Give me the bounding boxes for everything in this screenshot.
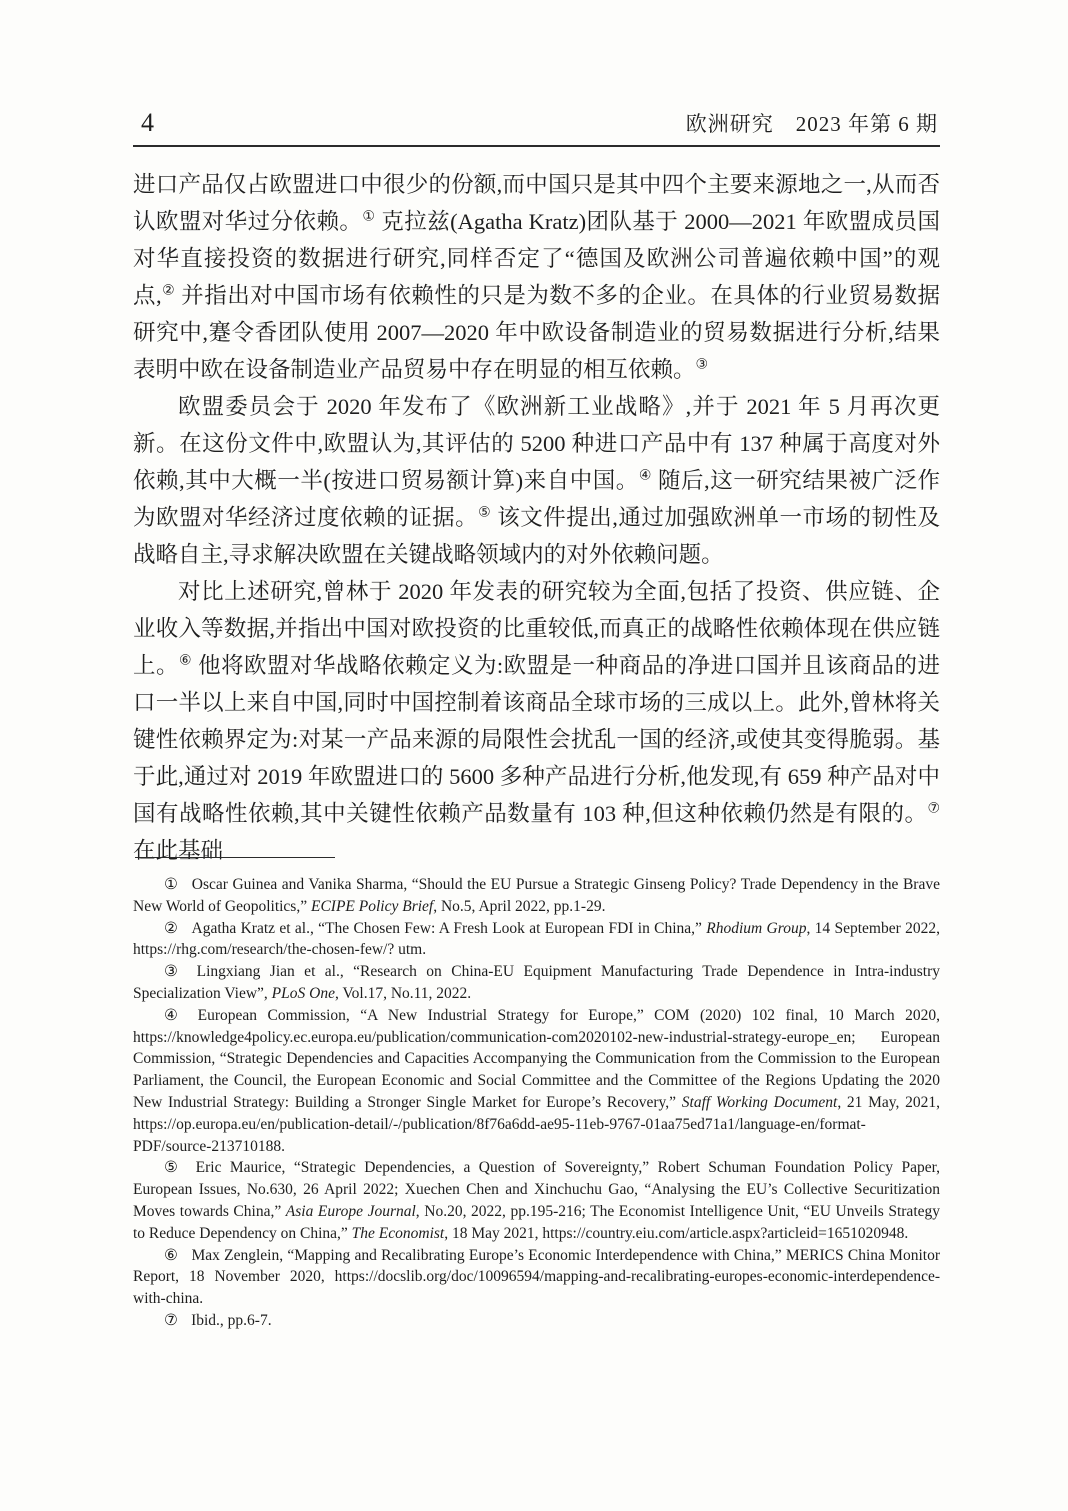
footnote-text: Lingxiang Jian et al., “Research on Chin… — [133, 963, 940, 1002]
footnote-marker: ① — [164, 876, 179, 893]
page-header: 4 欧洲研究 2023 年第 6 期 — [133, 110, 940, 147]
journal-issue-label: 欧洲研究 2023 年第 6 期 — [686, 112, 940, 136]
footnote-text-italic: ECIPE Policy Brief — [311, 898, 433, 915]
footnote-reference-superscript: ⑦ — [928, 802, 941, 817]
text-run: 并指出对中国市场有依赖性的只是为数不多的企业。在具体的行业贸易数据研究中,蹇令香… — [133, 283, 940, 382]
footnote-text-italic: The Economist — [352, 1225, 445, 1242]
footnote-text-italic: Asia Europe Journal — [286, 1203, 416, 1220]
footnote-reference-superscript: ⑥ — [179, 654, 192, 669]
text-run: 在此基础 — [133, 838, 223, 863]
footnote-item: ⑥Max Zenglein, “Mapping and Recalibratin… — [133, 1245, 940, 1310]
footnote-text: , Vol.17, No.11, 2022. — [335, 985, 471, 1002]
footnote-reference-superscript: ⑤ — [478, 506, 491, 521]
footnote-separator — [135, 857, 335, 858]
journal-page: 4 欧洲研究 2023 年第 6 期 进口产品仅占欧盟进口中很少的份额,而中国只… — [0, 0, 1068, 1511]
footnote-marker: ⑥ — [164, 1247, 178, 1264]
footnote-item: ④European Commission, “A New Industrial … — [133, 1005, 940, 1158]
footnote-text-italic: PLoS One — [272, 985, 335, 1002]
footnote-item: ①Oscar Guinea and Vanika Sharma, “Should… — [133, 874, 940, 918]
footnote-text: Max Zenglein, “Mapping and Recalibrating… — [133, 1247, 940, 1308]
footnote-marker: ⑤ — [164, 1159, 182, 1176]
article-body: 进口产品仅占欧盟进口中很少的份额,而中国只是其中四个主要来源地之一,从而否认欧盟… — [133, 166, 940, 869]
footnote-reference-superscript: ① — [362, 210, 375, 225]
body-paragraph: 欧盟委员会于 2020 年发布了《欧洲新工业战略》,并于 2021 年 5 月再… — [133, 388, 940, 573]
footnotes-section: ①Oscar Guinea and Vanika Sharma, “Should… — [133, 874, 940, 1332]
footnote-item: ⑦Ibid., pp.6-7. — [133, 1310, 940, 1332]
footnote-text: Ibid., pp.6-7. — [191, 1312, 272, 1329]
footnote-text-italic: Staff Working Document — [682, 1094, 838, 1111]
text-run: 他将欧盟对华战略依赖定义为:欧盟是一种商品的净进口国并且该商品的进口一半以上来自… — [133, 653, 940, 826]
footnote-reference-superscript: ④ — [639, 469, 652, 484]
footnote-text: Agatha Kratz et al., “The Chosen Few: A … — [192, 920, 707, 937]
footnote-text-italic: Rhodium Group — [706, 920, 806, 937]
footnote-marker: ③ — [164, 963, 183, 980]
footnote-marker: ② — [164, 920, 178, 937]
footnote-marker: ④ — [164, 1007, 185, 1024]
footnote-item: ③Lingxiang Jian et al., “Research on Chi… — [133, 961, 940, 1005]
footnote-reference-superscript: ② — [162, 284, 176, 299]
body-paragraph: 进口产品仅占欧盟进口中很少的份额,而中国只是其中四个主要来源地之一,从而否认欧盟… — [133, 166, 940, 388]
page-number: 4 — [133, 110, 154, 136]
footnote-marker: ⑦ — [164, 1312, 178, 1329]
footnote-text: , 18 May 2021, https://country.eiu.com/a… — [444, 1225, 908, 1242]
footnote-text: , No.5, April 2022, pp.1-29. — [433, 898, 605, 915]
footnote-item: ②Agatha Kratz et al., “The Chosen Few: A… — [133, 918, 940, 962]
body-paragraph: 对比上述研究,曾林于 2020 年发表的研究较为全面,包括了投资、供应链、企业收… — [133, 573, 940, 869]
footnote-reference-superscript: ③ — [696, 358, 709, 373]
footnote-item: ⑤Eric Maurice, “Strategic Dependencies, … — [133, 1157, 940, 1244]
